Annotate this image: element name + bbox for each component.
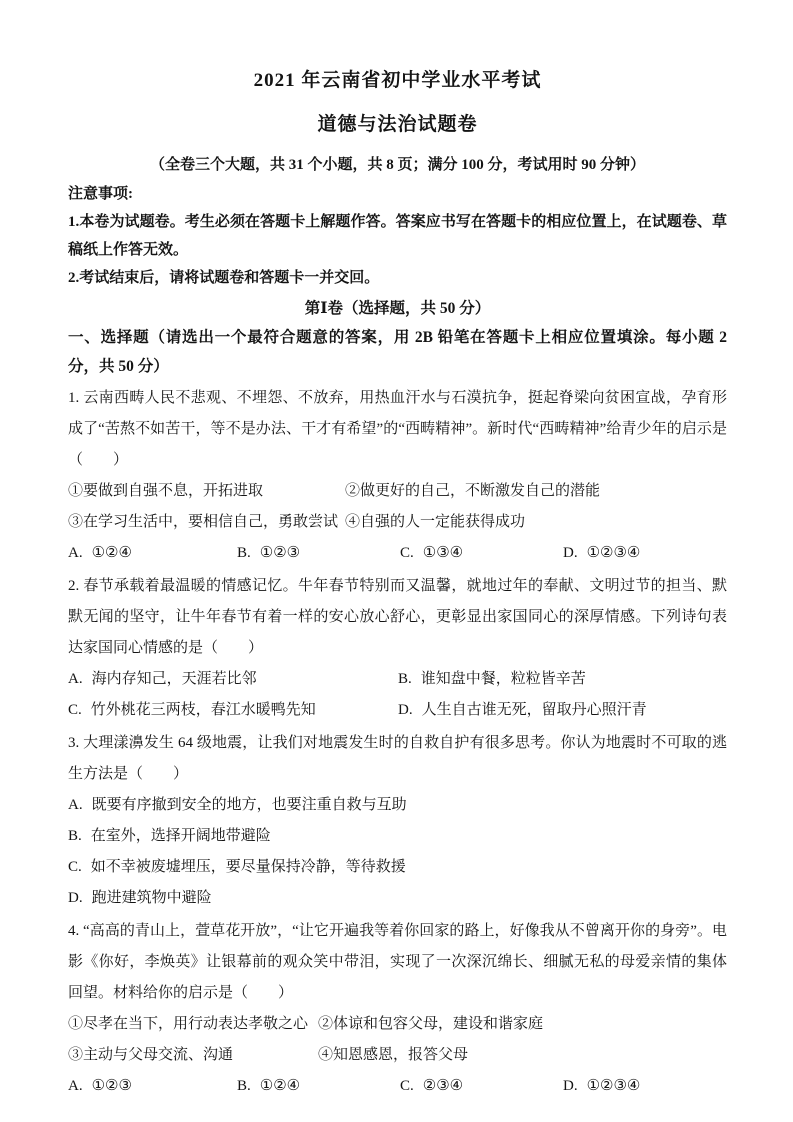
q2-choice-c: C.竹外桃花三两枝，春江水暖鸭先知 (68, 695, 398, 726)
choice-text: ①②④ (260, 1078, 300, 1094)
choice-label: B. (237, 1078, 251, 1094)
choice-text: 在室外，选择开阔地带避险 (91, 828, 271, 844)
q1-subitem-4: ④自强的人一定能获得成功 (345, 507, 727, 538)
part-one-heading: 一、选择题（请选出一个最符合题意的答案，用 2B 铅笔在答题卡上相应位置填涂。每… (68, 323, 727, 381)
choice-label: D. (398, 702, 413, 718)
choice-text: 谁知盘中餐，粒粒皆辛苦 (421, 671, 586, 687)
question-2: 2. 春节承载着最温暖的情感记忆。牛年春节特别而又温馨，就地过年的奉献、文明过节… (68, 571, 727, 726)
question-3: 3. 大理漾濞发生 64 级地震，让我们对地震发生时的自救自护有很多思考。你认为… (68, 728, 727, 914)
q1-choice-a: A.①②④ (68, 538, 237, 569)
question-2-choices-row-2: C.竹外桃花三两枝，春江水暖鸭先知 D.人生自古谁无死，留取丹心照汗青 (68, 695, 727, 726)
q3-choice-b: B.在室外，选择开阔地带避险 (68, 821, 727, 852)
choice-label: D. (68, 890, 83, 906)
q1-choice-b: B.①②③ (237, 538, 400, 569)
choice-label: B. (237, 545, 251, 561)
q1-subitem-2: ②做更好的自己，不断激发自己的潜能 (345, 476, 727, 507)
volume-title: 第Ⅰ卷（选择题，共 50 分） (68, 294, 727, 323)
choice-label: B. (68, 828, 82, 844)
choice-text: 既要有序撤到安全的地方，也要注重自救与互助 (92, 797, 407, 813)
q4-choice-d: D.①②③④ (563, 1071, 727, 1102)
q2-choice-d: D.人生自古谁无死，留取丹心照汗青 (398, 695, 727, 726)
choice-label: B. (398, 671, 412, 687)
question-4-stem: 4. “高高的青山上，萱草花开放”，“让它开遍我等着你回家的路上，好像我从不曾离… (68, 916, 727, 1009)
choice-text: 跑进建筑物中避险 (92, 890, 212, 906)
exam-info-line: （全卷三个大题，共 31 个小题，共 8 页；满分 100 分，考试用时 90 … (68, 150, 727, 180)
question-1-subitems-row-1: ①要做到自强不息，开拓进取 ②做更好的自己，不断激发自己的潜能 (68, 476, 727, 507)
exam-paper-page: 2021 年云南省初中学业水平考试 道德与法治试题卷 （全卷三个大题，共 31 … (0, 0, 793, 1122)
question-2-stem: 2. 春节承载着最温暖的情感记忆。牛年春节特别而又温馨，就地过年的奉献、文明过节… (68, 571, 727, 664)
q4-subitem-1: ①尽孝在当下，用行动表达孝敬之心 (68, 1009, 318, 1040)
choice-text: ①③④ (423, 545, 463, 561)
choice-text: ①②④ (92, 545, 132, 561)
notice-section: 注意事项: 1.本卷为试题卷。考生必须在答题卡上解题作答。答案应书写在答题卡的相… (68, 180, 727, 292)
choice-label: C. (400, 1078, 414, 1094)
choice-text: ②③④ (423, 1078, 463, 1094)
question-4: 4. “高高的青山上，萱草花开放”，“让它开遍我等着你回家的路上，好像我从不曾离… (68, 916, 727, 1102)
choice-label: C. (68, 702, 82, 718)
q3-choice-c: C.如不幸被废墟埋压，要尽量保持冷静，等待救援 (68, 852, 727, 883)
q4-subitem-4: ④知恩感恩，报答父母 (318, 1040, 727, 1071)
q2-choice-b: B.谁知盘中餐，粒粒皆辛苦 (398, 664, 727, 695)
choice-text: 人生自古谁无死，留取丹心照汗青 (422, 702, 647, 718)
q4-choice-b: B.①②④ (237, 1071, 400, 1102)
choice-text: 海内存知己，天涯若比邻 (92, 671, 257, 687)
q4-subitem-2: ②体谅和包容父母，建设和谐家庭 (318, 1009, 727, 1040)
choice-text: ①②③④ (587, 545, 641, 561)
choice-text: ①②③④ (587, 1078, 641, 1094)
question-4-subitems-row-2: ③主动与父母交流、沟通 ④知恩感恩，报答父母 (68, 1040, 727, 1071)
question-2-choices-row-1: A.海内存知己，天涯若比邻 B.谁知盘中餐，粒粒皆辛苦 (68, 664, 727, 695)
q3-choice-d: D.跑进建筑物中避险 (68, 883, 727, 914)
question-3-stem: 3. 大理漾濞发生 64 级地震，让我们对地震发生时的自救自护有很多思考。你认为… (68, 728, 727, 790)
choice-label: C. (68, 859, 82, 875)
question-1-stem: 1. 云南西畴人民不悲观、不埋怨、不放弃，用热血汗水与石漠抗争，挺起脊梁向贫困宣… (68, 383, 727, 476)
exam-subtitle: 道德与法治试题卷 (68, 110, 727, 140)
q4-subitem-3: ③主动与父母交流、沟通 (68, 1040, 318, 1071)
notice-item-1: 1.本卷为试题卷。考生必须在答题卡上解题作答。答案应书写在答题卡的相应位置上，在… (68, 208, 727, 264)
exam-title: 2021 年云南省初中学业水平考试 (68, 66, 727, 96)
choice-text: 如不幸被废墟埋压，要尽量保持冷静，等待救援 (91, 859, 406, 875)
q1-choice-c: C.①③④ (400, 538, 563, 569)
q2-choice-a: A.海内存知己，天涯若比邻 (68, 664, 398, 695)
choice-label: A. (68, 797, 83, 813)
question-4-choices-row: A.①②③ B.①②④ C.②③④ D.①②③④ (68, 1071, 727, 1102)
choice-label: C. (400, 545, 414, 561)
question-1-choices-row: A.①②④ B.①②③ C.①③④ D.①②③④ (68, 538, 727, 569)
q4-choice-a: A.①②③ (68, 1071, 237, 1102)
question-1-subitems-row-2: ③在学习生活中，要相信自己，勇敢尝试 ④自强的人一定能获得成功 (68, 507, 727, 538)
choice-text: 竹外桃花三两枝，春江水暖鸭先知 (91, 702, 316, 718)
choice-label: D. (563, 545, 578, 561)
choice-label: D. (563, 1078, 578, 1094)
q1-subitem-3: ③在学习生活中，要相信自己，勇敢尝试 (68, 507, 345, 538)
q1-subitem-1: ①要做到自强不息，开拓进取 (68, 476, 345, 507)
choice-text: ①②③ (92, 1078, 132, 1094)
choice-label: A. (68, 1078, 83, 1094)
question-1: 1. 云南西畴人民不悲观、不埋怨、不放弃，用热血汗水与石漠抗争，挺起脊梁向贫困宣… (68, 383, 727, 569)
q3-choice-a: A.既要有序撤到安全的地方，也要注重自救与互助 (68, 790, 727, 821)
choice-text: ①②③ (260, 545, 300, 561)
q1-choice-d: D.①②③④ (563, 538, 727, 569)
choice-label: A. (68, 545, 83, 561)
question-4-subitems-row-1: ①尽孝在当下，用行动表达孝敬之心 ②体谅和包容父母，建设和谐家庭 (68, 1009, 727, 1040)
notice-item-2: 2.考试结束后，请将试题卷和答题卡一并交回。 (68, 264, 727, 292)
q4-choice-c: C.②③④ (400, 1071, 563, 1102)
notice-heading: 注意事项: (68, 180, 727, 208)
choice-label: A. (68, 671, 83, 687)
